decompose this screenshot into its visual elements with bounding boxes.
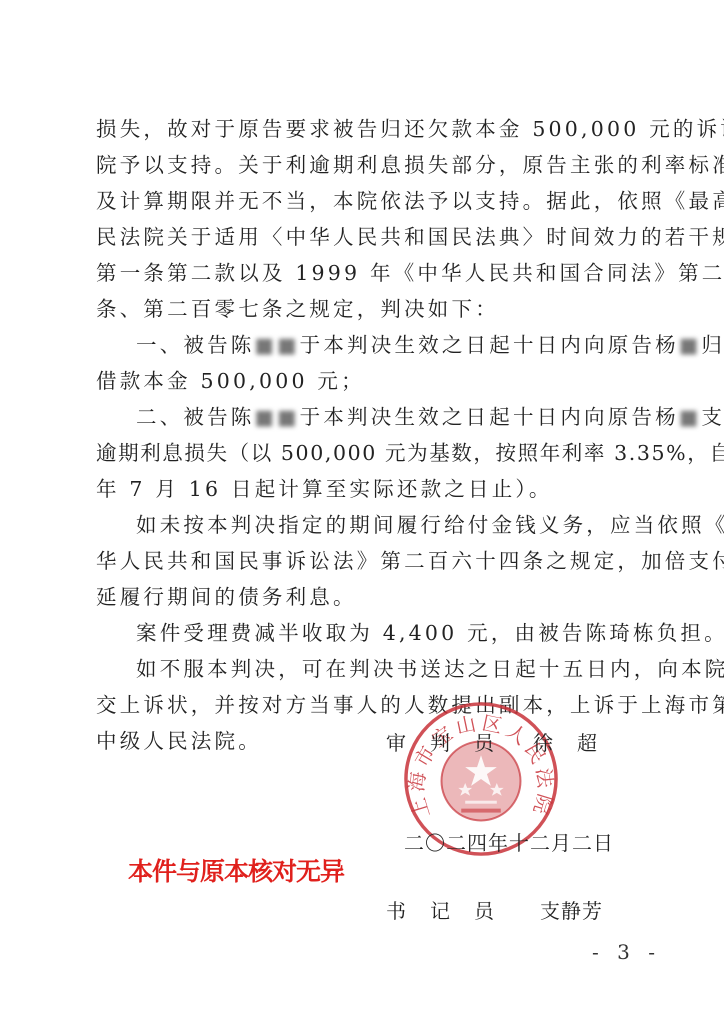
judgment-date: 二〇二四年十二月二日 bbox=[404, 830, 614, 856]
ruling-prefix: 二、被告陈 bbox=[136, 405, 255, 429]
body-line: 条、第二百零七条之规定，判决如下： bbox=[96, 296, 636, 322]
clerk-title: 书 记 员 bbox=[386, 898, 496, 924]
ruling-item-1-line2: 借款本金 500,000 元； bbox=[96, 368, 636, 394]
fee-paragraph: 案件受理费减半收取为 4,400 元，由被告陈琦栋负担。 bbox=[136, 620, 636, 646]
delay-paragraph-line: 如未按本判决指定的期间履行给付金钱义务，应当依照《中 bbox=[136, 512, 636, 538]
document-page: 损失，故对于原告要求被告归还欠款本金 500,000 元的诉请，本 院予以支持。… bbox=[0, 0, 724, 1024]
ruling-item-1: 一、被告陈■■于本判决生效之日起十日内向原告杨■归还 bbox=[136, 332, 636, 358]
ruling-suffix: 支付 bbox=[701, 405, 724, 429]
body-line: 第一条第二款以及 1999 年《中华人民共和国合同法》第二百零六 bbox=[96, 260, 636, 286]
redacted-plaintiff-name: ■ bbox=[679, 404, 702, 430]
judge-title: 审 判 员 bbox=[386, 730, 496, 756]
ruling-middle: 于本判决生效之日起十日内向原告杨 bbox=[300, 405, 679, 429]
body-line: 损失，故对于原告要求被告归还欠款本金 500,000 元的诉请，本 bbox=[96, 116, 636, 142]
certification-stamp: 本件与原本核对无异 bbox=[128, 852, 344, 888]
body-line: 及计算期限并无不当，本院依法予以支持。据此，依照《最高人 bbox=[96, 188, 636, 214]
ruling-suffix: 归还 bbox=[701, 333, 724, 357]
delay-paragraph-line: 延履行期间的债务利息。 bbox=[96, 584, 636, 610]
ruling-item-2: 二、被告陈■■于本判决生效之日起十日内向原告杨■支付 bbox=[136, 404, 636, 430]
clerk-name: 支静芳 bbox=[540, 898, 603, 924]
redacted-defendant-name: ■■ bbox=[255, 332, 300, 358]
ruling-middle: 于本判决生效之日起十日内向原告杨 bbox=[300, 333, 679, 357]
body-line: 院予以支持。关于利逾期利息损失部分，原告主张的利率标准以 bbox=[96, 152, 636, 178]
delay-paragraph-line: 华人民共和国民事诉讼法》第二百六十四条之规定，加倍支付迟 bbox=[96, 548, 636, 574]
redacted-plaintiff-name: ■ bbox=[679, 332, 702, 358]
ruling-item-2-line3: 年 7 月 16 日起计算至实际还款之日止）。 bbox=[96, 476, 636, 502]
ruling-item-2-line2: 逾期利息损失（以 500,000 元为基数，按照年利率 3.35%，自 2015 bbox=[96, 440, 636, 466]
ruling-prefix: 一、被告陈 bbox=[136, 333, 255, 357]
body-line: 民法院关于适用〈中华人民共和国民法典〉时间效力的若干规定》 bbox=[96, 224, 636, 250]
appeal-paragraph-line: 如不服本判决，可在判决书送达之日起十五日内，向本院递 bbox=[136, 656, 636, 682]
redacted-defendant-name: ■■ bbox=[255, 404, 300, 430]
page-number: - 3 - bbox=[592, 940, 661, 964]
judge-name: 徐 超 bbox=[533, 730, 599, 756]
